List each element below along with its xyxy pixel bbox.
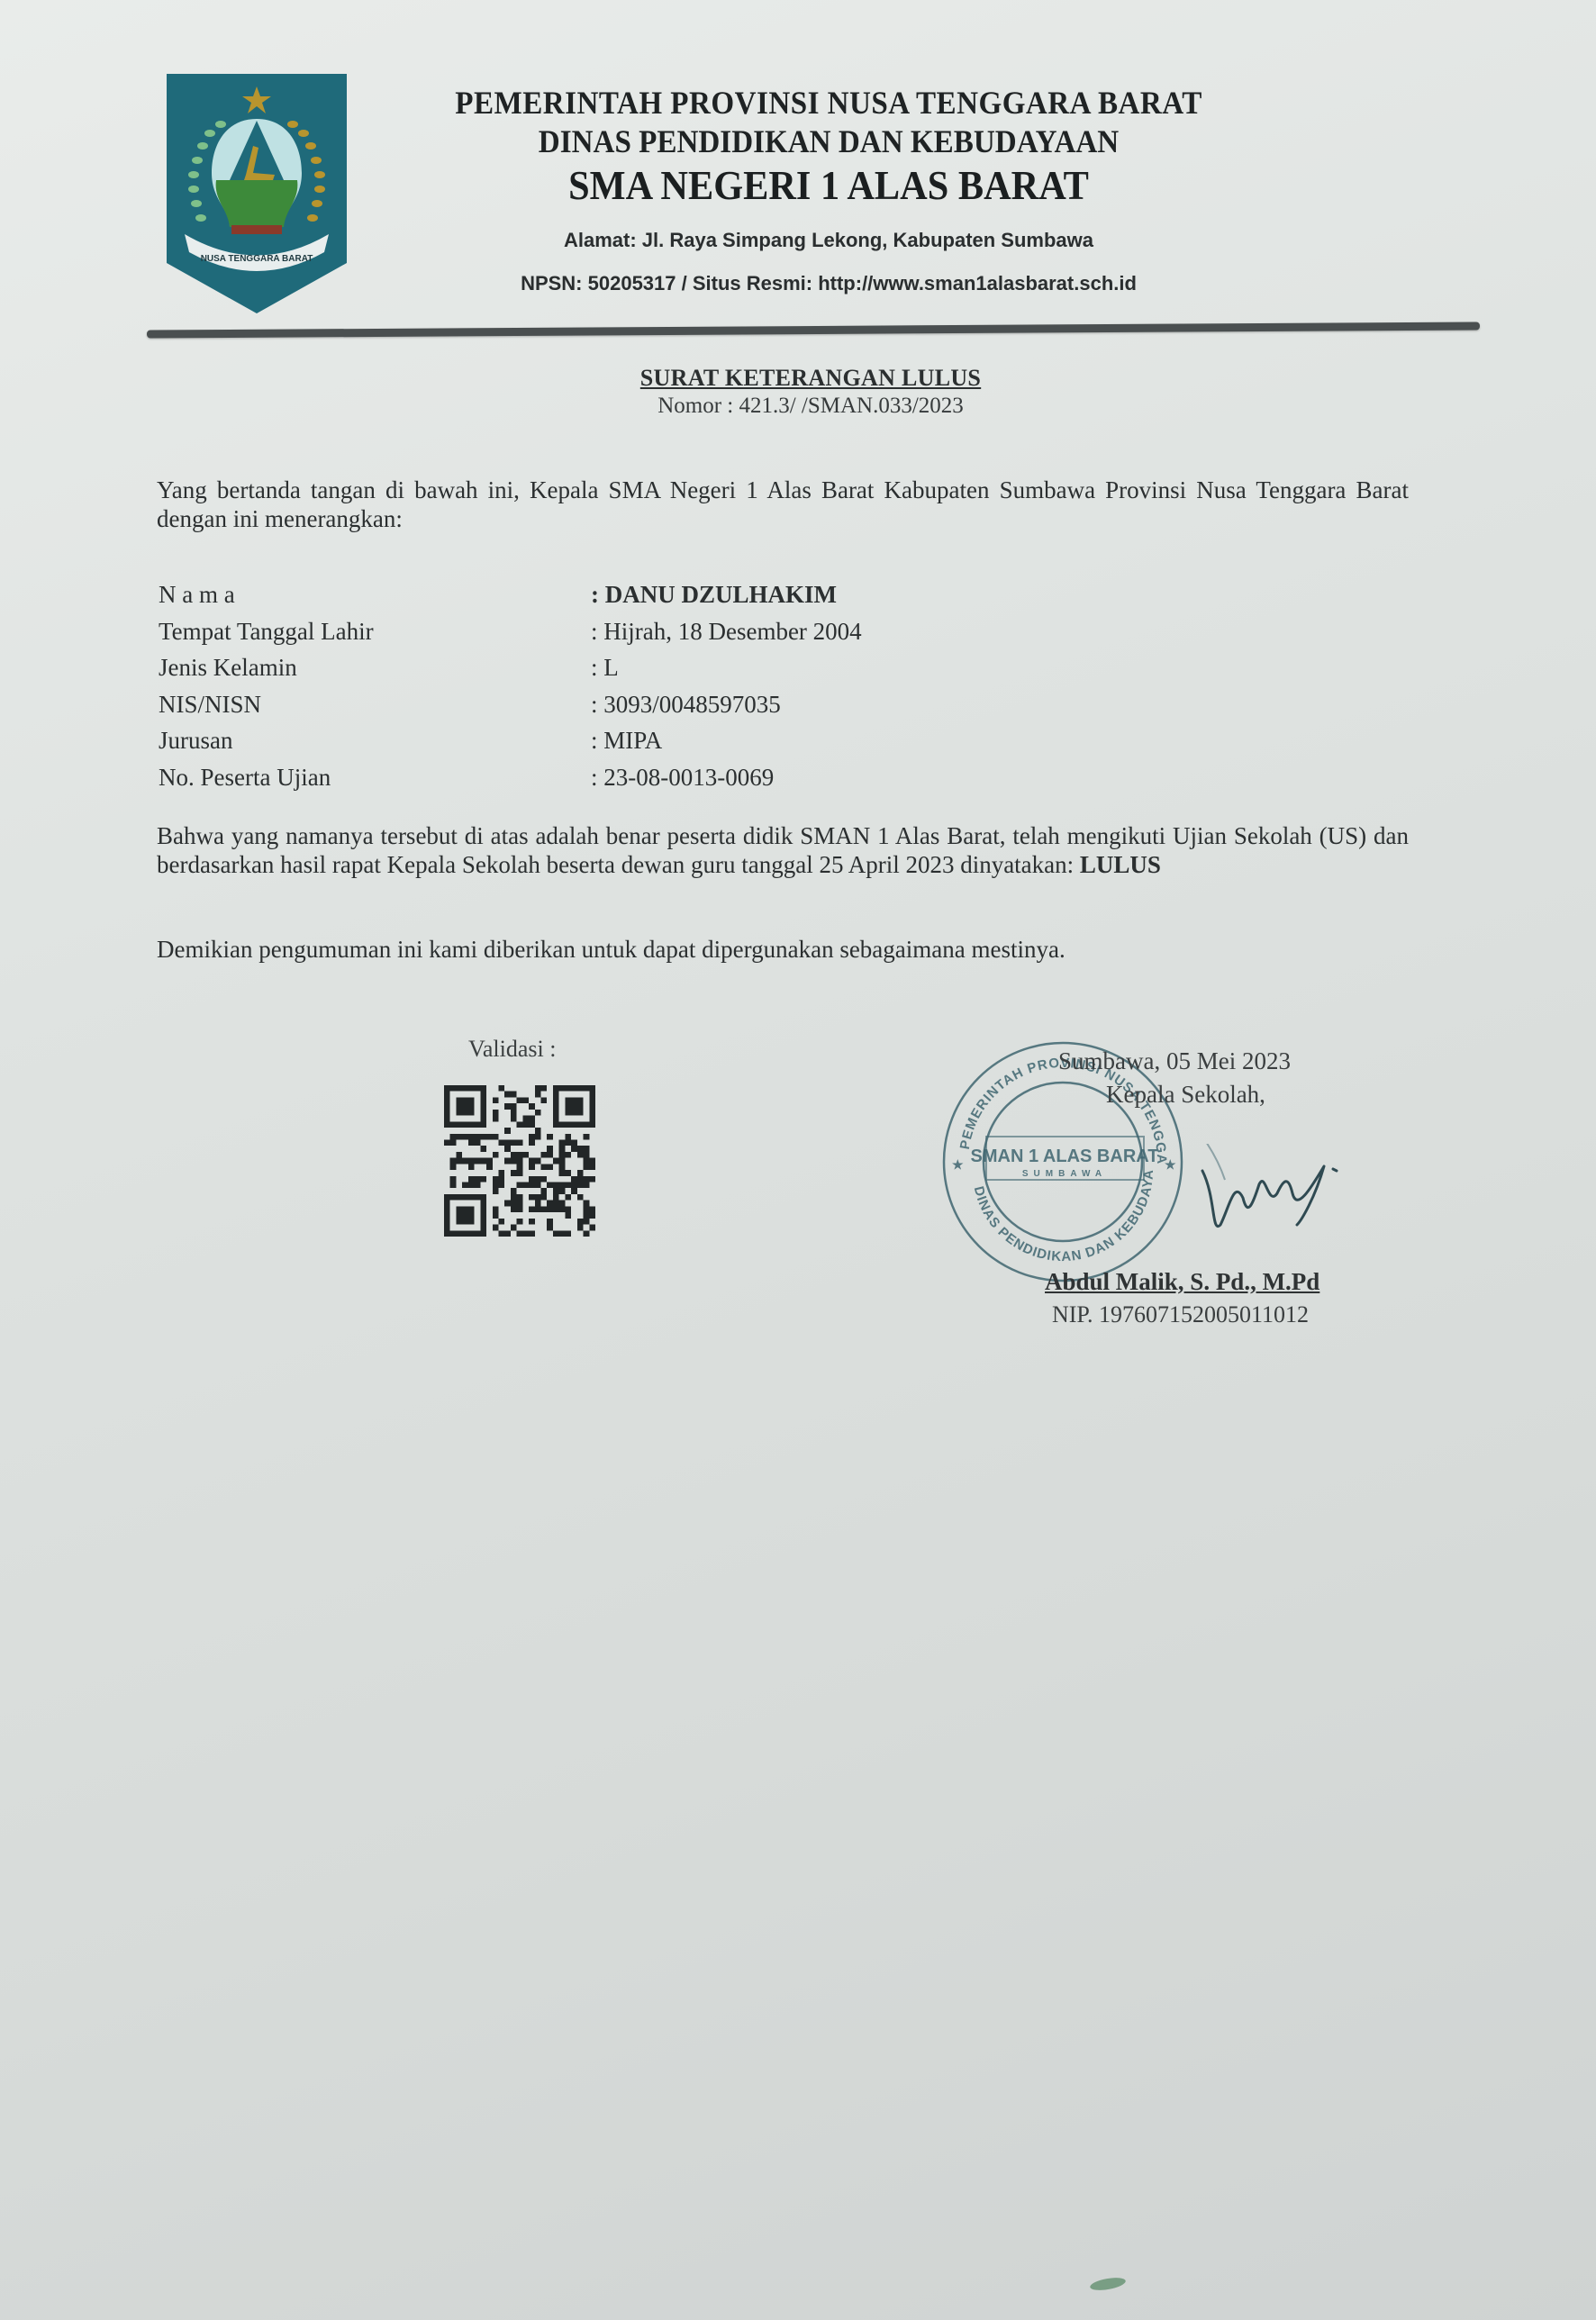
- letterhead: PEMERINTAH PROVINSI NUSA TENGGARA BARAT …: [378, 83, 1279, 295]
- letterhead-divider: [147, 322, 1480, 338]
- detail-label: NIS/NISN: [159, 686, 591, 723]
- detail-value: : 23-08-0013-0069: [591, 759, 774, 796]
- detail-value: : Hijrah, 18 Desember 2004: [591, 613, 862, 650]
- department-name: DINAS PENDIDIKAN DAN KEBUDAYAAN: [414, 122, 1243, 160]
- student-details: N a m a: DANU DZULHAKIMTempat Tanggal La…: [159, 576, 862, 795]
- svg-text:SMAN 1 ALAS BARAT: SMAN 1 ALAS BARAT: [971, 1146, 1159, 1166]
- principal-nip: NIP. 197607152005011012: [1052, 1301, 1309, 1328]
- document-number: Nomor : 421.3/ /SMAN.033/2023: [504, 394, 1117, 419]
- detail-label: N a m a: [159, 576, 591, 613]
- document-title-block: SURAT KETERANGAN LULUS Nomor : 421.3/ /S…: [504, 365, 1117, 419]
- detail-value: : MIPA: [591, 722, 662, 759]
- svg-text:★: ★: [1165, 1157, 1176, 1172]
- svg-text:NUSA TENGGARA BARAT: NUSA TENGGARA BARAT: [201, 254, 313, 264]
- document-title: SURAT KETERANGAN LULUS: [504, 365, 1117, 392]
- ink-mark: [1089, 2276, 1126, 2293]
- school-npsn-website: NPSN: 50205317 / Situs Resmi: http://www…: [378, 272, 1279, 295]
- signature-role: Kepala Sekolah,: [1106, 1081, 1265, 1109]
- detail-value: : 3093/0048597035: [591, 686, 781, 723]
- qr-code-icon[interactable]: [444, 1083, 595, 1238]
- detail-row: No. Peserta Ujian: 23-08-0013-0069: [159, 759, 862, 796]
- school-name: SMA NEGERI 1 ALAS BARAT: [414, 160, 1243, 211]
- statement-text: Bahwa yang namanya tersebut di atas adal…: [157, 822, 1409, 878]
- handwritten-signature-icon: [1198, 1144, 1351, 1252]
- detail-label: Jurusan: [159, 722, 591, 759]
- provincial-emblem-icon: NUSA TENGGARA BARAT: [167, 74, 347, 313]
- detail-row: NIS/NISN: 3093/0048597035: [159, 686, 862, 723]
- detail-row: Jurusan: MIPA: [159, 722, 862, 759]
- result-status: LULUS: [1080, 851, 1161, 878]
- detail-value: : DANU DZULHAKIM: [591, 576, 837, 613]
- school-address: Alamat: Jl. Raya Simpang Lekong, Kabupat…: [378, 229, 1279, 252]
- detail-label: No. Peserta Ujian: [159, 759, 591, 796]
- detail-row: Jenis Kelamin: L: [159, 649, 862, 686]
- principal-name: Abdul Malik, S. Pd., M.Pd: [1045, 1268, 1319, 1296]
- svg-text:★: ★: [952, 1157, 964, 1172]
- detail-value: : L: [591, 649, 619, 686]
- closing-paragraph: Demikian pengumuman ini kami diberikan u…: [157, 935, 1409, 964]
- detail-row: N a m a: DANU DZULHAKIM: [159, 576, 862, 613]
- signature-place-date: Sumbawa, 05 Mei 2023: [1058, 1047, 1291, 1075]
- detail-label: Tempat Tanggal Lahir: [159, 613, 591, 650]
- detail-label: Jenis Kelamin: [159, 649, 591, 686]
- svg-text:SUMBAWA: SUMBAWA: [1022, 1169, 1107, 1179]
- statement-paragraph: Bahwa yang namanya tersebut di atas adal…: [157, 821, 1409, 879]
- detail-row: Tempat Tanggal Lahir: Hijrah, 18 Desembe…: [159, 613, 862, 650]
- validation-label: Validasi :: [468, 1036, 557, 1063]
- intro-paragraph: Yang bertanda tangan di bawah ini, Kepal…: [157, 476, 1409, 533]
- government-name: PEMERINTAH PROVINSI NUSA TENGGARA BARAT: [414, 83, 1243, 122]
